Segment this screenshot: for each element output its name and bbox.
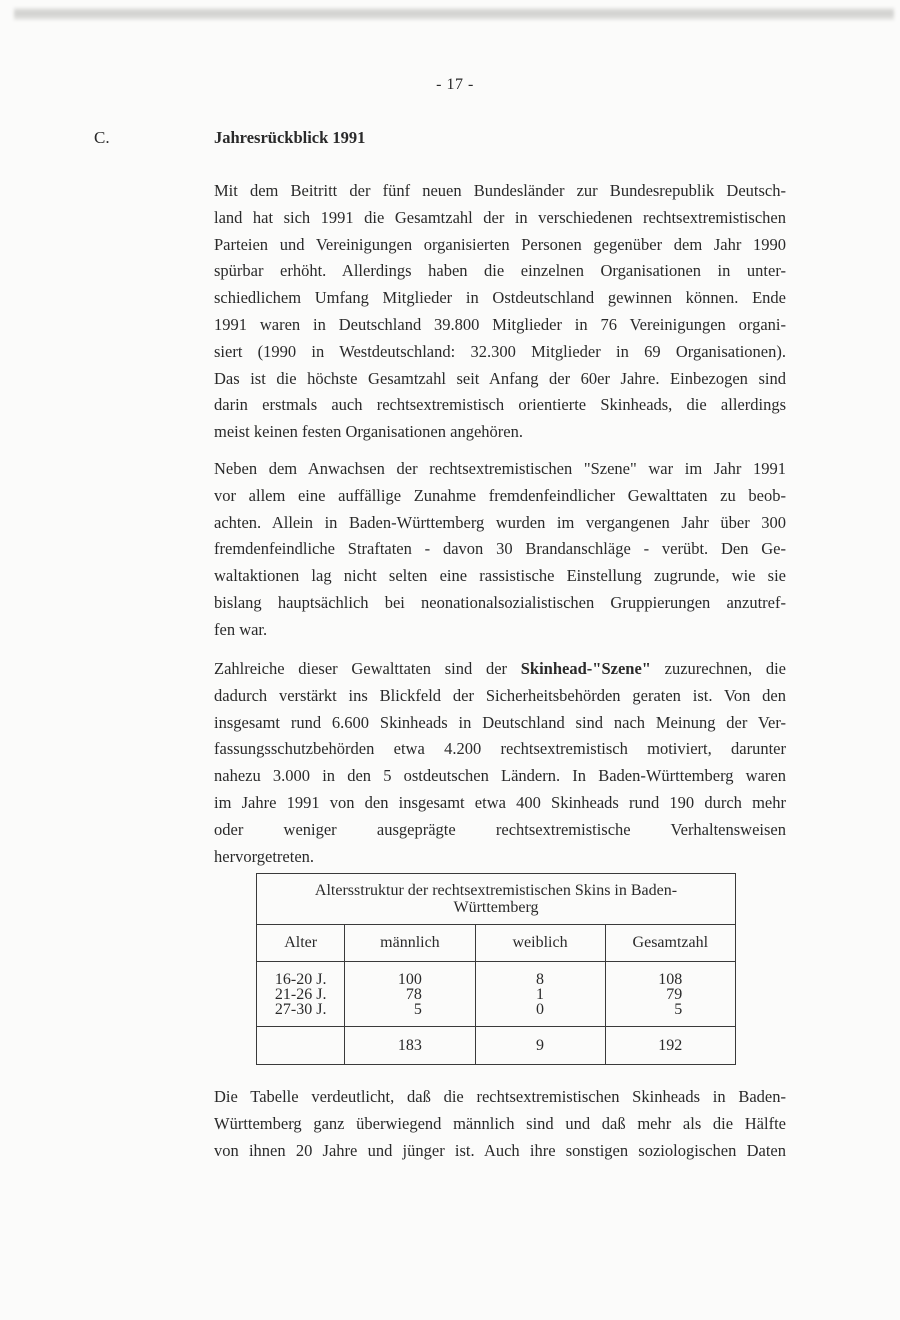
text-line: spürbar erhöht. Allerdings haben die ein…: [214, 258, 786, 285]
section-letter: C.: [94, 128, 110, 148]
age-structure-table: Altersstruktur der rechtsextremistischen…: [256, 873, 736, 1065]
text-line: oder weniger ausgeprägte rechtsextremist…: [214, 817, 786, 844]
page-number: - 17 -: [0, 76, 900, 94]
text-line: Die Tabelle verdeutlicht, daß die rechts…: [214, 1084, 786, 1111]
male-stack: 100 78 5: [398, 972, 422, 1017]
totals-female: 9: [475, 1027, 605, 1065]
paragraph-violence: Neben dem Anwachsen der rechtsextremisti…: [214, 456, 786, 644]
male-value: 78: [398, 987, 422, 1002]
totals-male: 183: [345, 1027, 475, 1065]
paragraph-table-summary: Die Tabelle verdeutlicht, daß die rechts…: [214, 1084, 786, 1164]
totals-age: [257, 1027, 345, 1065]
header-male: männlich: [345, 925, 475, 962]
text-line: im Jahre 1991 von den insgesamt etwa 400…: [214, 790, 786, 817]
text-line: Das ist die höchste Gesamtzahl seit Anfa…: [214, 366, 786, 393]
total-value: 79: [658, 987, 682, 1002]
female-value: 8: [476, 972, 605, 987]
text-line: waltaktionen lag nicht selten eine rassi…: [214, 563, 786, 590]
text-line: bislang hauptsächlich bei neonationalsoz…: [214, 590, 786, 617]
table-header-row: Alter männlich weiblich Gesamtzahl: [257, 925, 736, 962]
total-value: 108: [658, 972, 682, 987]
text-line: fassungsschutzbehörden etwa 4.200 rechts…: [214, 736, 786, 763]
text-line: vor allem eine auffällige Zunahme fremde…: [214, 483, 786, 510]
text-line: 1991 waren in Deutschland 39.800 Mitglie…: [214, 312, 786, 339]
section-title: Jahresrückblick 1991: [214, 128, 365, 148]
total-stack: 108 79 5: [658, 972, 682, 1017]
text-line: Parteien und Vereinigungen organisierten…: [214, 232, 786, 259]
text-line: siert (1990 in Westdeutschland: 32.300 M…: [214, 339, 786, 366]
text-line: fremdenfeindliche Straftaten - davon 30 …: [214, 536, 786, 563]
age-value: 27-30 J.: [257, 1002, 344, 1017]
header-age: Alter: [257, 925, 345, 962]
age-column-cell: 16-20 J. 21-26 J. 27-30 J.: [257, 962, 345, 1027]
text-line: Neben dem Anwachsen der rechtsextremisti…: [214, 456, 786, 483]
header-total: Gesamtzahl: [605, 925, 735, 962]
paragraph-membership: Mit dem Beitritt der fünf neuen Bundeslä…: [214, 178, 786, 446]
text-line: dadurch verstärkt ins Blickfeld der Sich…: [214, 683, 786, 710]
text-line: schiedlichem Umfang Mitglieder in Ostdeu…: [214, 285, 786, 312]
female-value: 0: [476, 1002, 605, 1017]
table-totals-row: 183 9 192: [257, 1027, 736, 1065]
text-line: hervorgetreten.: [214, 844, 786, 871]
paragraph-skinhead-scene: Zahlreiche dieser Gewalttaten sind der S…: [214, 656, 786, 870]
age-stack: 16-20 J. 21-26 J. 27-30 J.: [257, 972, 344, 1017]
text-line: land hat sich 1991 die Gesamtzahl der in…: [214, 205, 786, 232]
text-line: insgesamt rund 6.600 Skinheads in Deutsc…: [214, 710, 786, 737]
text-line: nahezu 3.000 in den 5 ostdeutschen Lände…: [214, 763, 786, 790]
total-column-cell: 108 79 5: [605, 962, 735, 1027]
text-fragment: zuzurechnen, die: [651, 659, 786, 678]
text-line: achten. Allein in Baden-Württemberg wurd…: [214, 510, 786, 537]
emphasis-skinhead-szene: Skinhead-"Szene": [521, 659, 651, 678]
text-line: fen war.: [214, 617, 786, 644]
total-value: 5: [658, 1002, 682, 1017]
text-line: darin erstmals auch rechtsextremistisch …: [214, 392, 786, 419]
female-column-cell: 8 1 0: [475, 962, 605, 1027]
table-title: Altersstruktur der rechtsextremistischen…: [257, 874, 736, 925]
text-line: Württemberg ganz überwiegend männlich si…: [214, 1111, 786, 1138]
text-line: meist keinen festen Organisationen angeh…: [214, 419, 786, 446]
totals-total: 192: [605, 1027, 735, 1065]
text-line: von ihnen 20 Jahre und jünger ist. Auch …: [214, 1138, 786, 1165]
male-value: 100: [398, 972, 422, 987]
scan-edge-artifact: [14, 8, 894, 20]
age-value: 21-26 J.: [257, 987, 344, 1002]
text-line: Zahlreiche dieser Gewalttaten sind der S…: [214, 656, 786, 683]
text-fragment: Zahlreiche dieser Gewalttaten sind der: [214, 659, 521, 678]
table-data-rows: 16-20 J. 21-26 J. 27-30 J. 100 78 5 8 1 …: [257, 962, 736, 1027]
male-value: 5: [398, 1002, 422, 1017]
text-line: Mit dem Beitritt der fünf neuen Bundeslä…: [214, 178, 786, 205]
female-value: 1: [476, 987, 605, 1002]
header-female: weiblich: [475, 925, 605, 962]
male-column-cell: 100 78 5: [345, 962, 475, 1027]
female-stack: 8 1 0: [476, 972, 605, 1017]
age-value: 16-20 J.: [257, 972, 344, 987]
